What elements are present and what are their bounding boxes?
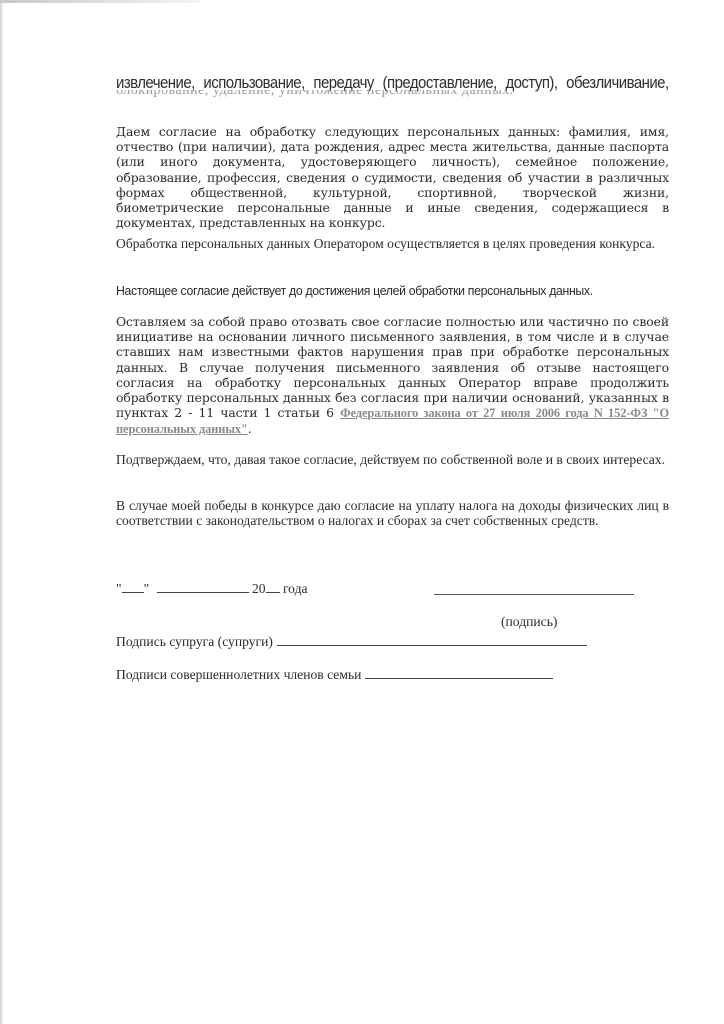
signature-caption: (подпись) [501,614,557,630]
paragraph-data-list: Даем согласие на обработку следующих пер… [116,124,669,230]
date-close-quote: " [144,581,150,596]
paragraph-purpose: Обработка персональных данных Оператором… [116,236,669,251]
date-field: "" 20 года [116,581,308,597]
paragraph-validity: Настоящее согласие действует до достижен… [116,283,669,298]
paragraph-free-will: Подтверждаем, что, давая такое согласие,… [116,452,669,467]
scan-edge-shadow [0,0,4,1024]
truncated-line-text: блокирование, удаление, уничтожение перс… [116,90,576,99]
year-blank[interactable] [266,581,280,593]
spouse-signature-row: Подпись супруга (супруги) [116,633,587,650]
paragraph-revocation: Оставляем за собой право отозвать свое с… [116,314,669,438]
revocation-text: Оставляем за собой право отозвать свое с… [116,314,669,420]
spouse-signature-label: Подпись супруга (супруги) [116,634,273,649]
family-signature-row: Подписи совершеннолетних членов семьи [116,666,553,683]
family-signature-line[interactable] [365,666,553,679]
revocation-end: . [248,421,252,436]
signature-line[interactable] [434,594,634,595]
truncated-line: блокирование, удаление, уничтожение перс… [116,90,576,104]
family-signature-label: Подписи совершеннолетних членов семьи [116,667,361,682]
day-blank[interactable] [122,581,144,593]
year-prefix: 20 [252,581,266,596]
month-blank[interactable] [157,581,249,593]
paragraph-tax: В случае моей победы в конкурсе даю согл… [116,498,669,528]
year-suffix: года [283,581,308,596]
spouse-signature-line[interactable] [277,633,587,646]
scan-top-shadow [0,0,200,3]
action-word: обезличивание, [566,73,668,93]
